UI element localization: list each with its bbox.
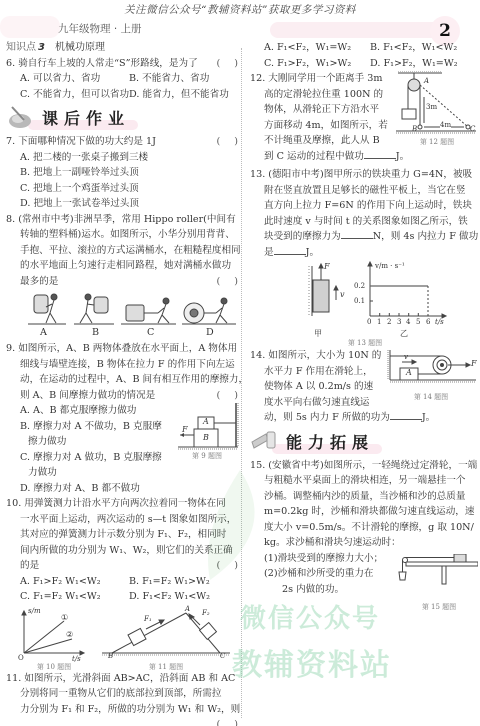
question-6: 6. 骑自行车上坡的人常走“S”形路线，是为了() A. 可以省力、省功B. 不… <box>6 56 238 103</box>
q10-line: 的是 <box>20 560 39 571</box>
q10-option-c: C. F₁=F₂ W₁<W₂ <box>20 589 129 605</box>
figure-caption: 第 10 题图 <box>24 662 84 672</box>
q11-option-d: D. F₁>F₂，W₁=W₂ <box>370 56 476 72</box>
question-12: 12. 大刚同学用一个距离手 3m 高的定滑轮拉住重 100N 的 物体，从滑轮… <box>250 71 476 164</box>
q6-option-b: B. 不能省力、省功 <box>129 71 238 87</box>
y-tick: 0.1 <box>354 297 365 305</box>
question-13: 13. (德阳市中考)图甲所示的铁块重力 G=4N，被吸 附在竖直放置且足够长的… <box>250 167 476 344</box>
unit: J。 <box>396 151 409 162</box>
fig-label-d: D <box>206 327 214 338</box>
q7-option-d: D. 把地上一张试卷举过头顶 <box>6 196 238 212</box>
y-axis-label: v/m · s⁻¹ <box>375 262 405 270</box>
fig-label-c: C <box>147 327 154 338</box>
x-tick: 1 <box>377 318 381 326</box>
q14-line: 动，则 5s 内力 F 所做的功为 <box>264 412 390 423</box>
q8-line: 8. (常州市中考)非洲旱季，常用 Hippo roller(中间有 <box>6 212 238 228</box>
x-tick: 5 <box>416 318 420 326</box>
x-tick: 4 <box>406 318 410 326</box>
q11-line: 力分别为 F₁ 和 F₂，所做的功分别为 W₁ 和 W₂，则 <box>6 702 238 718</box>
q7-option-b: B. 把地上一副哑铃举过头顶 <box>6 165 238 181</box>
point-c-label: C <box>220 652 225 660</box>
top-banner: 关注微信公众号“教辅资料站”获取更多学习资料 <box>0 2 480 17</box>
point-b-label: B <box>108 652 113 660</box>
q11-line: 11. 如图所示，光滑斜面 AB>AC，沿斜面 AB 和 AC <box>6 671 238 687</box>
x-tick: 0 <box>367 318 371 326</box>
header-decoration-left <box>0 16 60 38</box>
q15-figure: 第 15 题图 <box>398 554 478 614</box>
block-a-label: A <box>406 368 412 377</box>
q13-line: N，则 4s 内拉力 F 做功 <box>373 231 478 242</box>
y-axis-label: s/m <box>28 607 41 615</box>
kp-number: 3 <box>38 42 45 53</box>
q12-figure: A B C 3m 4m 第 12 题图 <box>396 71 478 151</box>
question-11: 11. 如图所示，光滑斜面 AB>AC，沿斜面 AB 和 AC 分别将同一重物从… <box>6 671 238 718</box>
q9-figure: A B F 第 9 题图 <box>174 401 240 473</box>
answer-blank[interactable] <box>364 149 396 159</box>
force-f1-label: F₁ <box>144 615 152 623</box>
velocity-label: v <box>404 353 408 361</box>
distance-label: 4m <box>440 121 451 129</box>
answer-blank[interactable] <box>390 410 422 420</box>
section-extension: 能力拓展 <box>250 428 476 456</box>
height-label: 3m <box>426 103 437 111</box>
q8-line: 手抱、平拉、滚拉的方式运满桶水，在粗糙程度相同 <box>6 243 238 259</box>
origin-label: O <box>18 654 24 662</box>
figures-10-11: s/m t/s O ① ② A B C F₁ F₂ 第 10 题图 第 11 题… <box>6 605 238 671</box>
figure-caption: 第 14 题图 <box>396 392 466 402</box>
answer-blank-work[interactable] <box>274 245 306 255</box>
q13-line: 13. (德阳市中考)图甲所示的铁块重力 G=4N，被吸 <box>250 167 476 183</box>
q11-option-a: A. F₁<F₂，W₁=W₂ <box>264 40 370 56</box>
q13-line: 块受到的摩擦力为 <box>264 231 341 242</box>
point-b-label: B <box>412 125 417 133</box>
question-8: 8. (常州市中考)非洲旱季，常用 Hippo roller(中间有 转轴的塑料… <box>6 212 238 342</box>
q11-line: 分别将同一重物从它们的底部拉到顶部，所需拉 <box>6 686 238 702</box>
subfigure-label: 乙 <box>400 328 408 339</box>
x-axis-label: t/s <box>435 318 444 326</box>
q13-line: 是 <box>264 247 274 258</box>
question-14: 14. 如图所示，大小为 10N 的 水平力 F 作用在滑轮上， 使物体 A 以… <box>250 348 476 426</box>
figure-caption: 第 11 题图 <box>126 662 206 672</box>
x-tick: 2 <box>387 318 391 326</box>
point-a-label: A <box>185 605 190 613</box>
section-homework: 课后作业 <box>6 104 238 132</box>
book-title: 九年级物理 · 上册 <box>58 21 142 36</box>
q7-stem: 7. 下面哪种情况下做的功大约是 1J <box>6 136 156 147</box>
block-a-label: A <box>203 417 209 426</box>
question-7: 7. 下面哪种情况下做的功大约是 1J() A. 把二楼的一张桌子搬到三楼 B.… <box>6 134 238 212</box>
force-label: F <box>324 262 330 271</box>
figure-caption: 第 9 题图 <box>174 451 240 461</box>
subfigure-label: 甲 <box>314 328 322 339</box>
q9-line: 9. 如图所示，A、B 两物体叠放在水平面上，A 物体用 <box>6 341 238 357</box>
q11-option-b: B. F₁<F₂，W₁<W₂ <box>370 40 476 56</box>
page-header: 九年级物理 · 上册 2 <box>0 16 480 40</box>
q13-figure: F v v/m · s⁻¹ 0.2 0.1 0 1 2 3 4 5 6 t/s … <box>250 260 476 344</box>
q11-option-c: C. F₁>F₂，W₁>W₂ <box>264 56 370 72</box>
q13-line: 此时速度 v 与时间 t 的关系图象如图乙所示，铁 <box>250 214 476 230</box>
y-tick: 0.2 <box>354 282 365 290</box>
figure-caption: 第 15 题图 <box>404 602 474 612</box>
q6-option-c: C. 不能省力，但可以省功 <box>20 87 129 103</box>
force-f2-label: F₂ <box>202 609 210 617</box>
left-column: 知识点3机械功原理 6. 骑自行车上坡的人常走“S”形路线，是为了() A. 可… <box>6 40 238 726</box>
point-c-label: C <box>470 125 475 133</box>
unit: J。 <box>306 247 319 258</box>
answer-paren[interactable]: () <box>217 274 239 290</box>
figure-caption: 第 12 题图 <box>396 137 478 147</box>
answer-blank-friction[interactable] <box>341 229 373 239</box>
q10-option-d: D. F₁<F₂ W₁<W₂ <box>129 589 238 605</box>
watermark-text: 微信公众号 <box>240 598 380 635</box>
q7-option-c: C. 把地上一个鸡蛋举过头顶 <box>6 181 238 197</box>
answer-paren[interactable]: () <box>217 56 239 72</box>
q10-option-a: A. F₁>F₂ W₁<W₂ <box>20 574 129 590</box>
q9-line: 动，在运动的过程中，A、B 间有相互作用的摩擦力， <box>6 372 238 388</box>
q6-option-a: A. 可以省力、省功 <box>20 71 129 87</box>
force-label: F <box>182 425 188 434</box>
force-label: F <box>471 359 477 368</box>
q12-line: 到 C 运动的过程中做功 <box>264 151 364 162</box>
pen-bird-icon <box>6 104 34 130</box>
q7-option-a: A. 把二楼的一张桌子搬到三楼 <box>6 150 238 166</box>
q14-figure: A v F 第 14 题图 <box>386 348 478 408</box>
q6-option-d: D. 能省力，但不能省功 <box>129 87 238 103</box>
block-b-label: B <box>203 433 209 442</box>
q9-line: 则 A、B 间摩擦力做功的情况是 <box>20 390 155 401</box>
q8-figure: A B C D <box>6 289 238 341</box>
watermark-text: 教辅资料站 <box>232 640 392 684</box>
velocity-label: v <box>340 290 345 299</box>
kp-tag: 知识点 <box>6 42 36 53</box>
q9-line: 细线与墙壁连接，B 物体在拉力 F 的作用下向左运 <box>6 357 238 373</box>
header-decoration-right <box>270 22 450 38</box>
q13-line: 直方向上拉力 F=6N 的作用下向上运动时，铁块 <box>250 198 476 214</box>
fig-label-b: B <box>92 327 99 338</box>
line-1-label: ① <box>61 613 68 622</box>
section-title: 能力拓展 <box>286 430 374 453</box>
watermark-leaf-icon <box>200 470 290 590</box>
q8-line: 最多的是 <box>20 276 58 287</box>
q8-line: 的水平地面上匀速行走相同路程，她对满桶水做功 <box>6 258 238 274</box>
q6-stem: 6. 骑自行车上坡的人常走“S”形路线，是为了 <box>6 58 198 69</box>
answer-paren[interactable]: () <box>217 717 239 726</box>
fig-label-a: A <box>40 327 47 338</box>
q13-line: 附在竖直放置且足够长的磁性平板上，当它在竖 <box>250 183 476 199</box>
knowledge-point-heading: 知识点3机械功原理 <box>6 40 238 56</box>
figure-caption: 第 13 题图 <box>330 338 400 348</box>
section-title: 课后作业 <box>42 106 130 129</box>
x-tick: 6 <box>426 318 430 326</box>
line-2-label: ② <box>66 630 73 639</box>
point-a-label: A <box>424 77 429 85</box>
unit: J。 <box>422 412 435 423</box>
telescope-icon <box>250 428 278 454</box>
q8-line: 转轴的塑料桶)运水。如图所示，小华分别用背背、 <box>6 227 238 243</box>
x-tick: 3 <box>397 318 401 326</box>
kp-title: 机械功原理 <box>55 42 105 53</box>
answer-paren[interactable]: () <box>217 134 239 150</box>
